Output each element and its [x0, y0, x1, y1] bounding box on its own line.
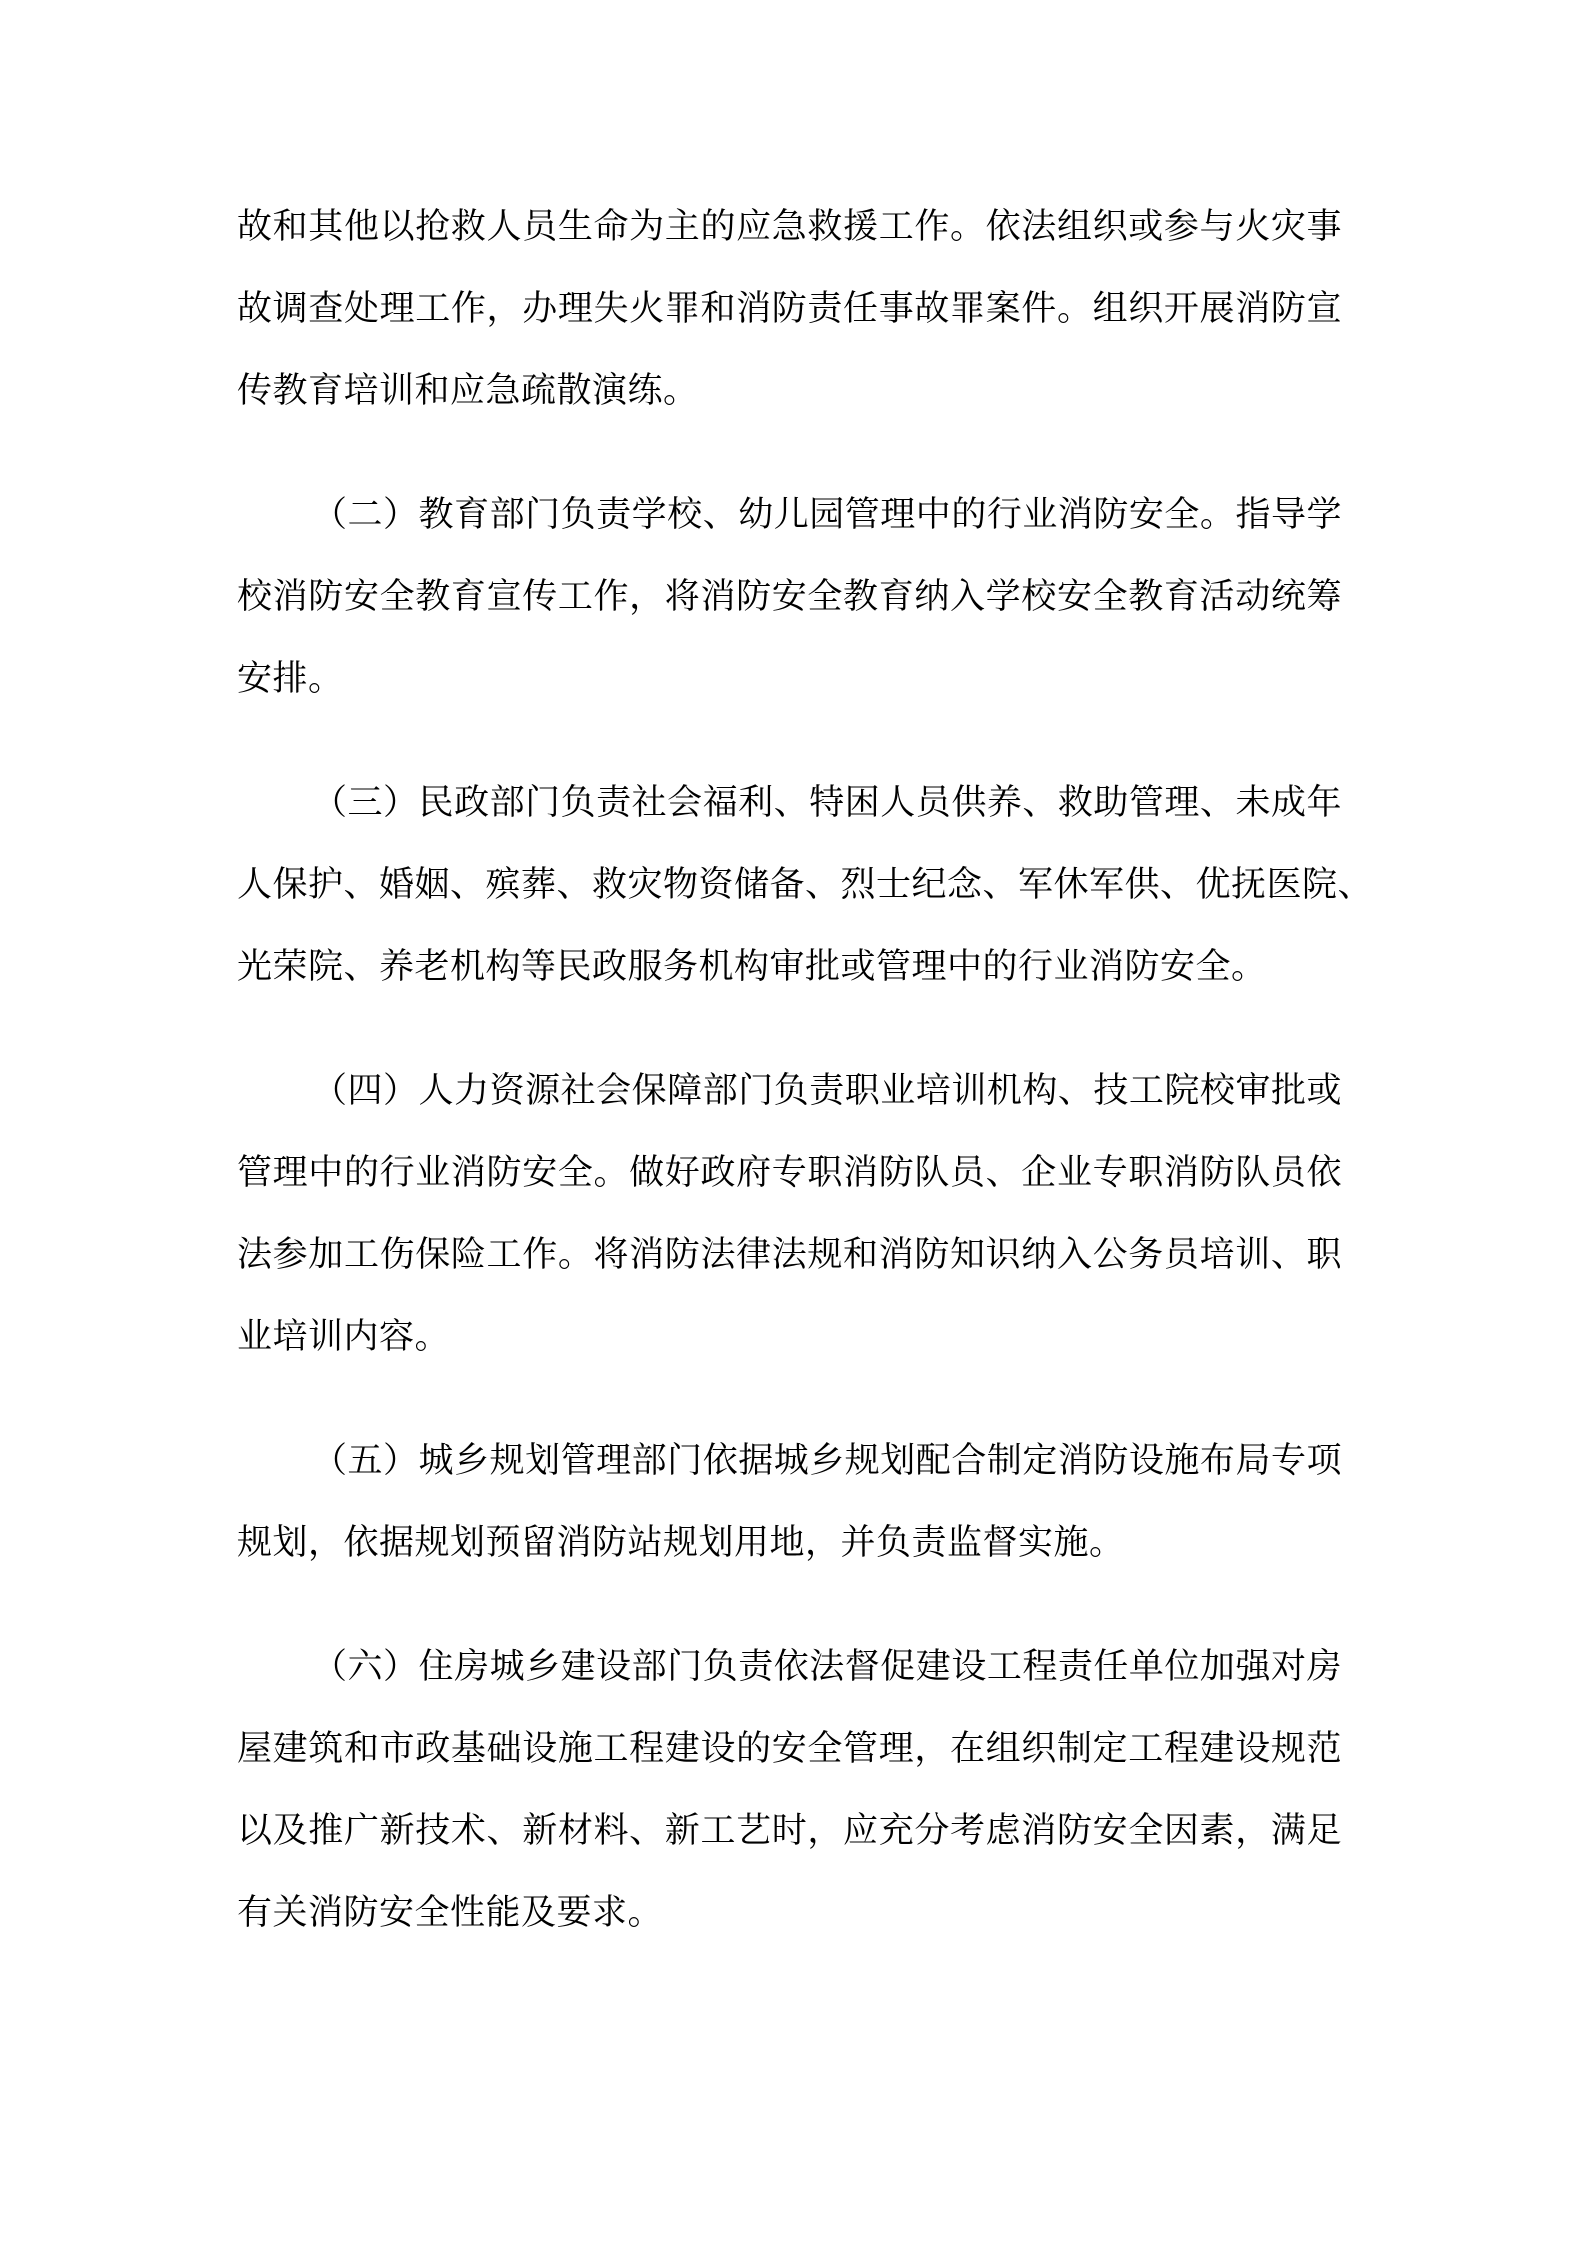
text-line: 有关消防安全性能及要求。	[237, 1872, 1342, 1954]
paragraph: （六）住房城乡建设部门负责依法督促建设工程责任单位加强对房屋建筑和市政基础设施工…	[237, 1626, 1342, 1954]
text-line: 故调查处理工作，办理失火罪和消防责任事故罪案件。组织开展消防宣	[237, 268, 1342, 350]
text-line: （三）民政部门负责社会福利、特困人员供养、救助管理、未成年	[237, 762, 1342, 844]
paragraph: （三）民政部门负责社会福利、特困人员供养、救助管理、未成年人保护、婚姻、殡葬、救…	[237, 762, 1342, 1008]
paragraph: 故和其他以抢救人员生命为主的应急救援工作。依法组织或参与火灾事故调查处理工作，办…	[237, 186, 1342, 432]
document-page: 故和其他以抢救人员生命为主的应急救援工作。依法组织或参与火灾事故调查处理工作，办…	[0, 0, 1587, 2245]
text-line: （四）人力资源社会保障部门负责职业培训机构、技工院校审批或	[237, 1050, 1342, 1132]
paragraph: （二）教育部门负责学校、幼儿园管理中的行业消防安全。指导学校消防安全教育宣传工作…	[237, 474, 1342, 720]
document-body: 故和其他以抢救人员生命为主的应急救援工作。依法组织或参与火灾事故调查处理工作，办…	[237, 186, 1342, 1954]
text-line: （二）教育部门负责学校、幼儿园管理中的行业消防安全。指导学	[237, 474, 1342, 556]
text-line: （五）城乡规划管理部门依据城乡规划配合制定消防设施布局专项	[237, 1420, 1342, 1502]
text-line: 以及推广新技术、新材料、新工艺时，应充分考虑消防安全因素，满足	[237, 1790, 1342, 1872]
text-line: 管理中的行业消防安全。做好政府专职消防队员、企业专职消防队员依	[237, 1132, 1342, 1214]
text-line: 规划，依据规划预留消防站规划用地，并负责监督实施。	[237, 1502, 1342, 1584]
paragraph: （四）人力资源社会保障部门负责职业培训机构、技工院校审批或管理中的行业消防安全。…	[237, 1050, 1342, 1378]
text-line: 人保护、婚姻、殡葬、救灾物资储备、烈士纪念、军休军供、优抚医院、	[237, 844, 1342, 926]
text-line: 法参加工伤保险工作。将消防法律法规和消防知识纳入公务员培训、职	[237, 1214, 1342, 1296]
paragraph: （五）城乡规划管理部门依据城乡规划配合制定消防设施布局专项规划，依据规划预留消防…	[237, 1420, 1342, 1584]
text-line: 安排。	[237, 638, 1342, 720]
text-line: 故和其他以抢救人员生命为主的应急救援工作。依法组织或参与火灾事	[237, 186, 1342, 268]
text-line: 校消防安全教育宣传工作，将消防安全教育纳入学校安全教育活动统筹	[237, 556, 1342, 638]
text-line: 业培训内容。	[237, 1296, 1342, 1378]
text-line: 屋建筑和市政基础设施工程建设的安全管理，在组织制定工程建设规范	[237, 1708, 1342, 1790]
text-line: 传教育培训和应急疏散演练。	[237, 350, 1342, 432]
text-line: （六）住房城乡建设部门负责依法督促建设工程责任单位加强对房	[237, 1626, 1342, 1708]
text-line: 光荣院、养老机构等民政服务机构审批或管理中的行业消防安全。	[237, 926, 1342, 1008]
